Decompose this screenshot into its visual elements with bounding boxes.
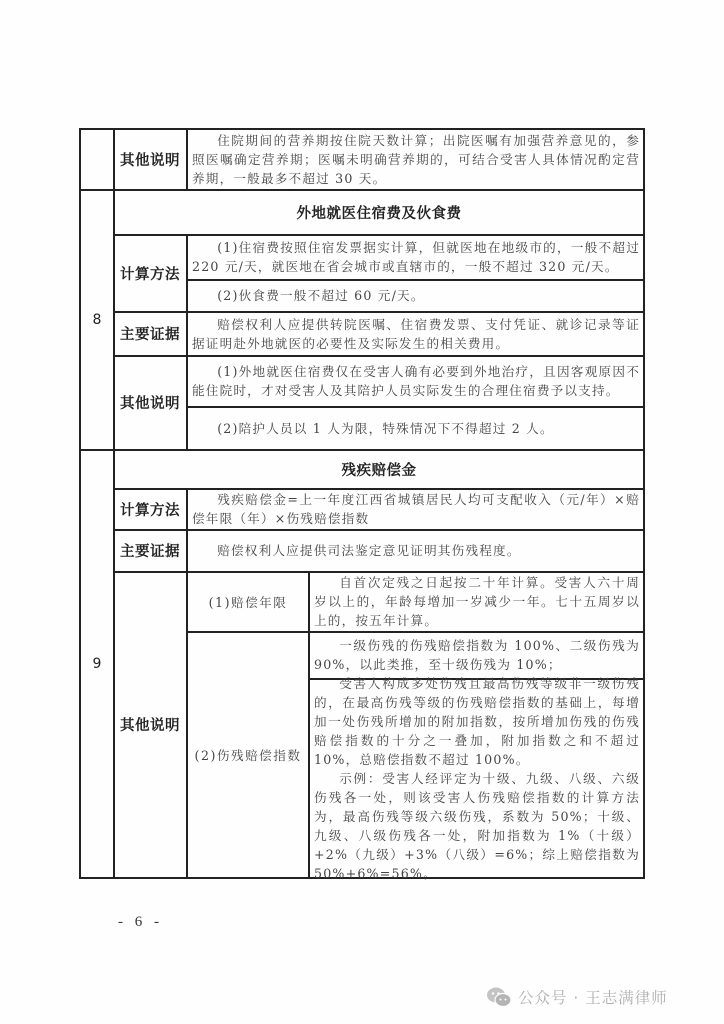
row9-title: 残疾赔偿金 (115, 450, 643, 488)
watermark: 公众号 · 王志满律师 (486, 986, 668, 1008)
row9-index-item-2: 受害人构成多处伤残且最高伤残等级非一级伤残的，在最高伤残等级的伤残赔偿指数的基础… (310, 679, 643, 877)
row9-calc-paragraph: 残疾赔偿金=上一年度江西省城镇居民人均可支配收入（元/年）×赔偿年限（年）×伤残… (192, 490, 640, 528)
row8-title: 外地就医住宿费及伙食费 (115, 190, 643, 234)
wechat-icon (486, 986, 512, 1008)
page-number: - 6 - (118, 914, 163, 931)
row8-other-item-1-text: (1)外地就医住宿费仅在受害人确有必要到外地治疗，且因客观原因不能住院时，才对受… (192, 362, 640, 400)
row9-years-paragraph: 自首次定残之日起按二十年计算。受害人六十周岁以上的，年龄每增加一岁减少一年。七十… (314, 573, 640, 630)
row9-calc-label: 计算方法 (114, 489, 186, 529)
row9-index-item-1-text: 一级伤残的伤残赔偿指数为 100%、二级伤残为 90%，以此类推，至十级伤残为 … (314, 636, 640, 674)
row9-index-item-2-text: 受害人构成多处伤残且最高伤残等级非一级伤残的，在最高伤残等级的伤残赔偿指数的基础… (314, 674, 640, 769)
row7-other-label: 其他说明 (114, 130, 186, 189)
row9-number: 9 (81, 450, 113, 877)
row8-evidence-text: 赔偿权利人应提供转院医嘱、住宿费发票、支付凭证、就诊记录等证据证明赴外地就医的必… (188, 312, 643, 355)
row9-index-item-1: 一级伤残的伤残赔偿指数为 100%、二级伤残为 90%，以此类推，至十级伤残为 … (310, 632, 643, 678)
row9-index-label: (2)伤残赔偿指数 (188, 632, 308, 877)
row8-evidence-paragraph: 赔偿权利人应提供转院医嘱、住宿费发票、支付凭证、就诊记录等证据证明赴外地就医的必… (192, 315, 640, 353)
row8-calc-item-1-text: (1)住宿费按照住宿发票据实计算，但就医地在地级市的，一般不超过 220 元/天… (192, 238, 640, 276)
row8-calc-item-2: (2)伙食费一般不超过 60 元/天。 (188, 280, 643, 311)
row9-evidence-paragraph: 赔偿权利人应提供司法鉴定意见证明其伤残程度。 (192, 541, 521, 560)
row8-other-label: 其他说明 (114, 356, 186, 449)
row9-years-label: (1)赔偿年限 (188, 572, 308, 631)
row7-other-text: 住院期间的营养期按住院天数计算；出院医嘱有加强营养意见的，参照医嘱确定营养期；医… (188, 130, 643, 189)
row9-evidence-text: 赔偿权利人应提供司法鉴定意见证明其伤残程度。 (188, 530, 643, 571)
row9-years-text: 自首次定残之日起按二十年计算。受害人六十周岁以上的，年龄每增加一岁减少一年。七十… (310, 572, 643, 631)
row9-calc-text: 残疾赔偿金=上一年度江西省城镇居民人均可支配收入（元/年）×赔偿年限（年）×伤残… (188, 489, 643, 529)
row8-calc-item-1: (1)住宿费按照住宿发票据实计算，但就医地在地级市的，一般不超过 220 元/天… (188, 235, 643, 279)
row9-evidence-label: 主要证据 (114, 530, 186, 571)
watermark-text: 公众号 · 王志满律师 (518, 986, 668, 1008)
row9-index-item-3-text: 示例：受害人经评定为十级、九级、八级、六级伤残各一处，则该受害人伤残赔偿指数的计… (314, 769, 640, 883)
row7-other-paragraph: 住院期间的营养期按住院天数计算；出院医嘱有加强营养意见的，参照医嘱确定营养期；医… (192, 131, 640, 188)
row8-other-item-2-text: (2)陪护人员以 1 人为限，特殊情况下不得超过 2 人。 (192, 419, 554, 438)
row8-other-item-1: (1)外地就医住宿费仅在受害人确有必要到外地治疗，且因客观原因不能住院时，才对受… (188, 356, 643, 406)
row9-other-label: 其他说明 (114, 572, 186, 877)
row8-evidence-label: 主要证据 (114, 312, 186, 355)
row8-other-item-2: (2)陪护人员以 1 人为限，特殊情况下不得超过 2 人。 (188, 407, 643, 449)
row8-number: 8 (81, 190, 113, 449)
row8-calc-item-2-text: (2)伙食费一般不超过 60 元/天。 (192, 286, 425, 305)
row8-calc-label: 计算方法 (114, 235, 186, 311)
